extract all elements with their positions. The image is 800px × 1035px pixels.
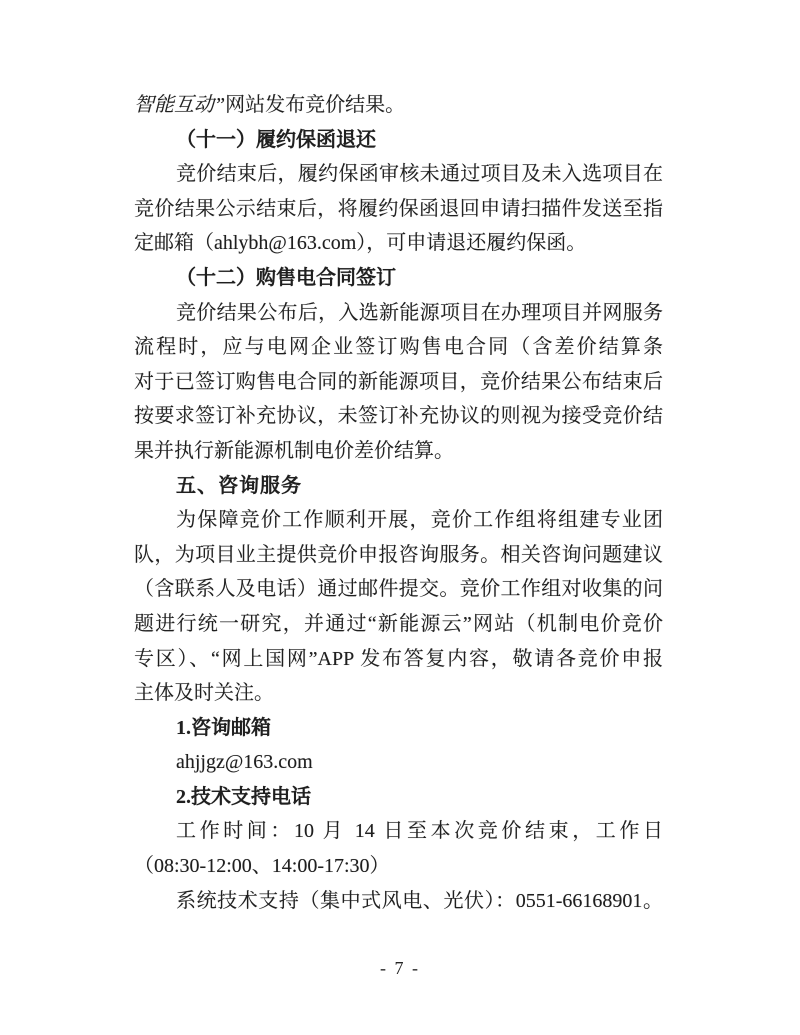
text-line: 智能互动”网站发布竞价结果。 [134, 88, 663, 123]
page-number: - 7 - [0, 958, 800, 979]
section-heading-12: （十二）购售电合同签订 [134, 261, 663, 296]
text-line: 按要求签订补充协议，未签订补充协议的则视为接受竞价结 [134, 399, 663, 434]
text-line: 竞价结束后，履约保函审核未通过项目及未入选项目在 [134, 157, 663, 192]
text-line: 果并执行新能源机制电价差价结算。 [134, 434, 663, 469]
subheading-consult-email: 1.咨询邮箱 [134, 711, 663, 746]
text-line-email-lybh: 定邮箱（ahlybh@163.com），可申请退还履约保函。 [134, 226, 663, 261]
text-line: 队，为项目业主提供竞价申报咨询服务。相关咨询问题建议 [134, 538, 663, 573]
text-line-working-hours: 工作时间：10 月 14 日至本次竞价结束，工作日 [134, 814, 663, 849]
section-heading-5: 五、咨询服务 [134, 469, 663, 504]
text-line: 专区）、“网上国网”APP 发布答复内容，敬请各竞价申报 [134, 642, 663, 677]
text-line: 竞价结果公示结束后，将履约保函退回申请扫描件发送至指 [134, 192, 663, 227]
document-page: 智能互动”网站发布竞价结果。 （十一）履约保函退还 竞价结束后，履约保函审核未通… [0, 0, 800, 1035]
quoted-phrase: 智能互动” [134, 94, 225, 116]
section-heading-11: （十一）履约保函退还 [134, 123, 663, 158]
text-line: 流程时，应与电网企业签订购售电合同（含差价结算条款）。 [134, 330, 663, 365]
subheading-support-phone: 2.技术支持电话 [134, 780, 663, 815]
text-line: （含联系人及电话）通过邮件提交。竞价工作组对收集的问 [134, 572, 663, 607]
text-line: 对于已签订购售电合同的新能源项目，竞价结果公布结束后 [134, 365, 663, 400]
consult-email-address: ahjjgz@163.com [134, 745, 663, 780]
text-segment: 网站发布竞价结果。 [225, 94, 405, 116]
text-line: 主体及时关注。 [134, 676, 663, 711]
text-line: 为保障竞价工作顺利开展，竞价工作组将组建专业团 [134, 503, 663, 538]
text-line: 题进行统一研究，并通过“新能源云”网站（机制电价竞价 [134, 607, 663, 642]
document-body: 智能互动”网站发布竞价结果。 （十一）履约保函退还 竞价结束后，履约保函审核未通… [134, 88, 663, 918]
text-line: 竞价结果公布后，入选新能源项目在办理项目并网服务 [134, 296, 663, 331]
text-line-hours-detail: （08:30-12:00、14:00-17:30） [134, 849, 663, 884]
text-line-support-number: 系统技术支持（集中式风电、光伏）：0551-66168901。 [134, 884, 663, 919]
